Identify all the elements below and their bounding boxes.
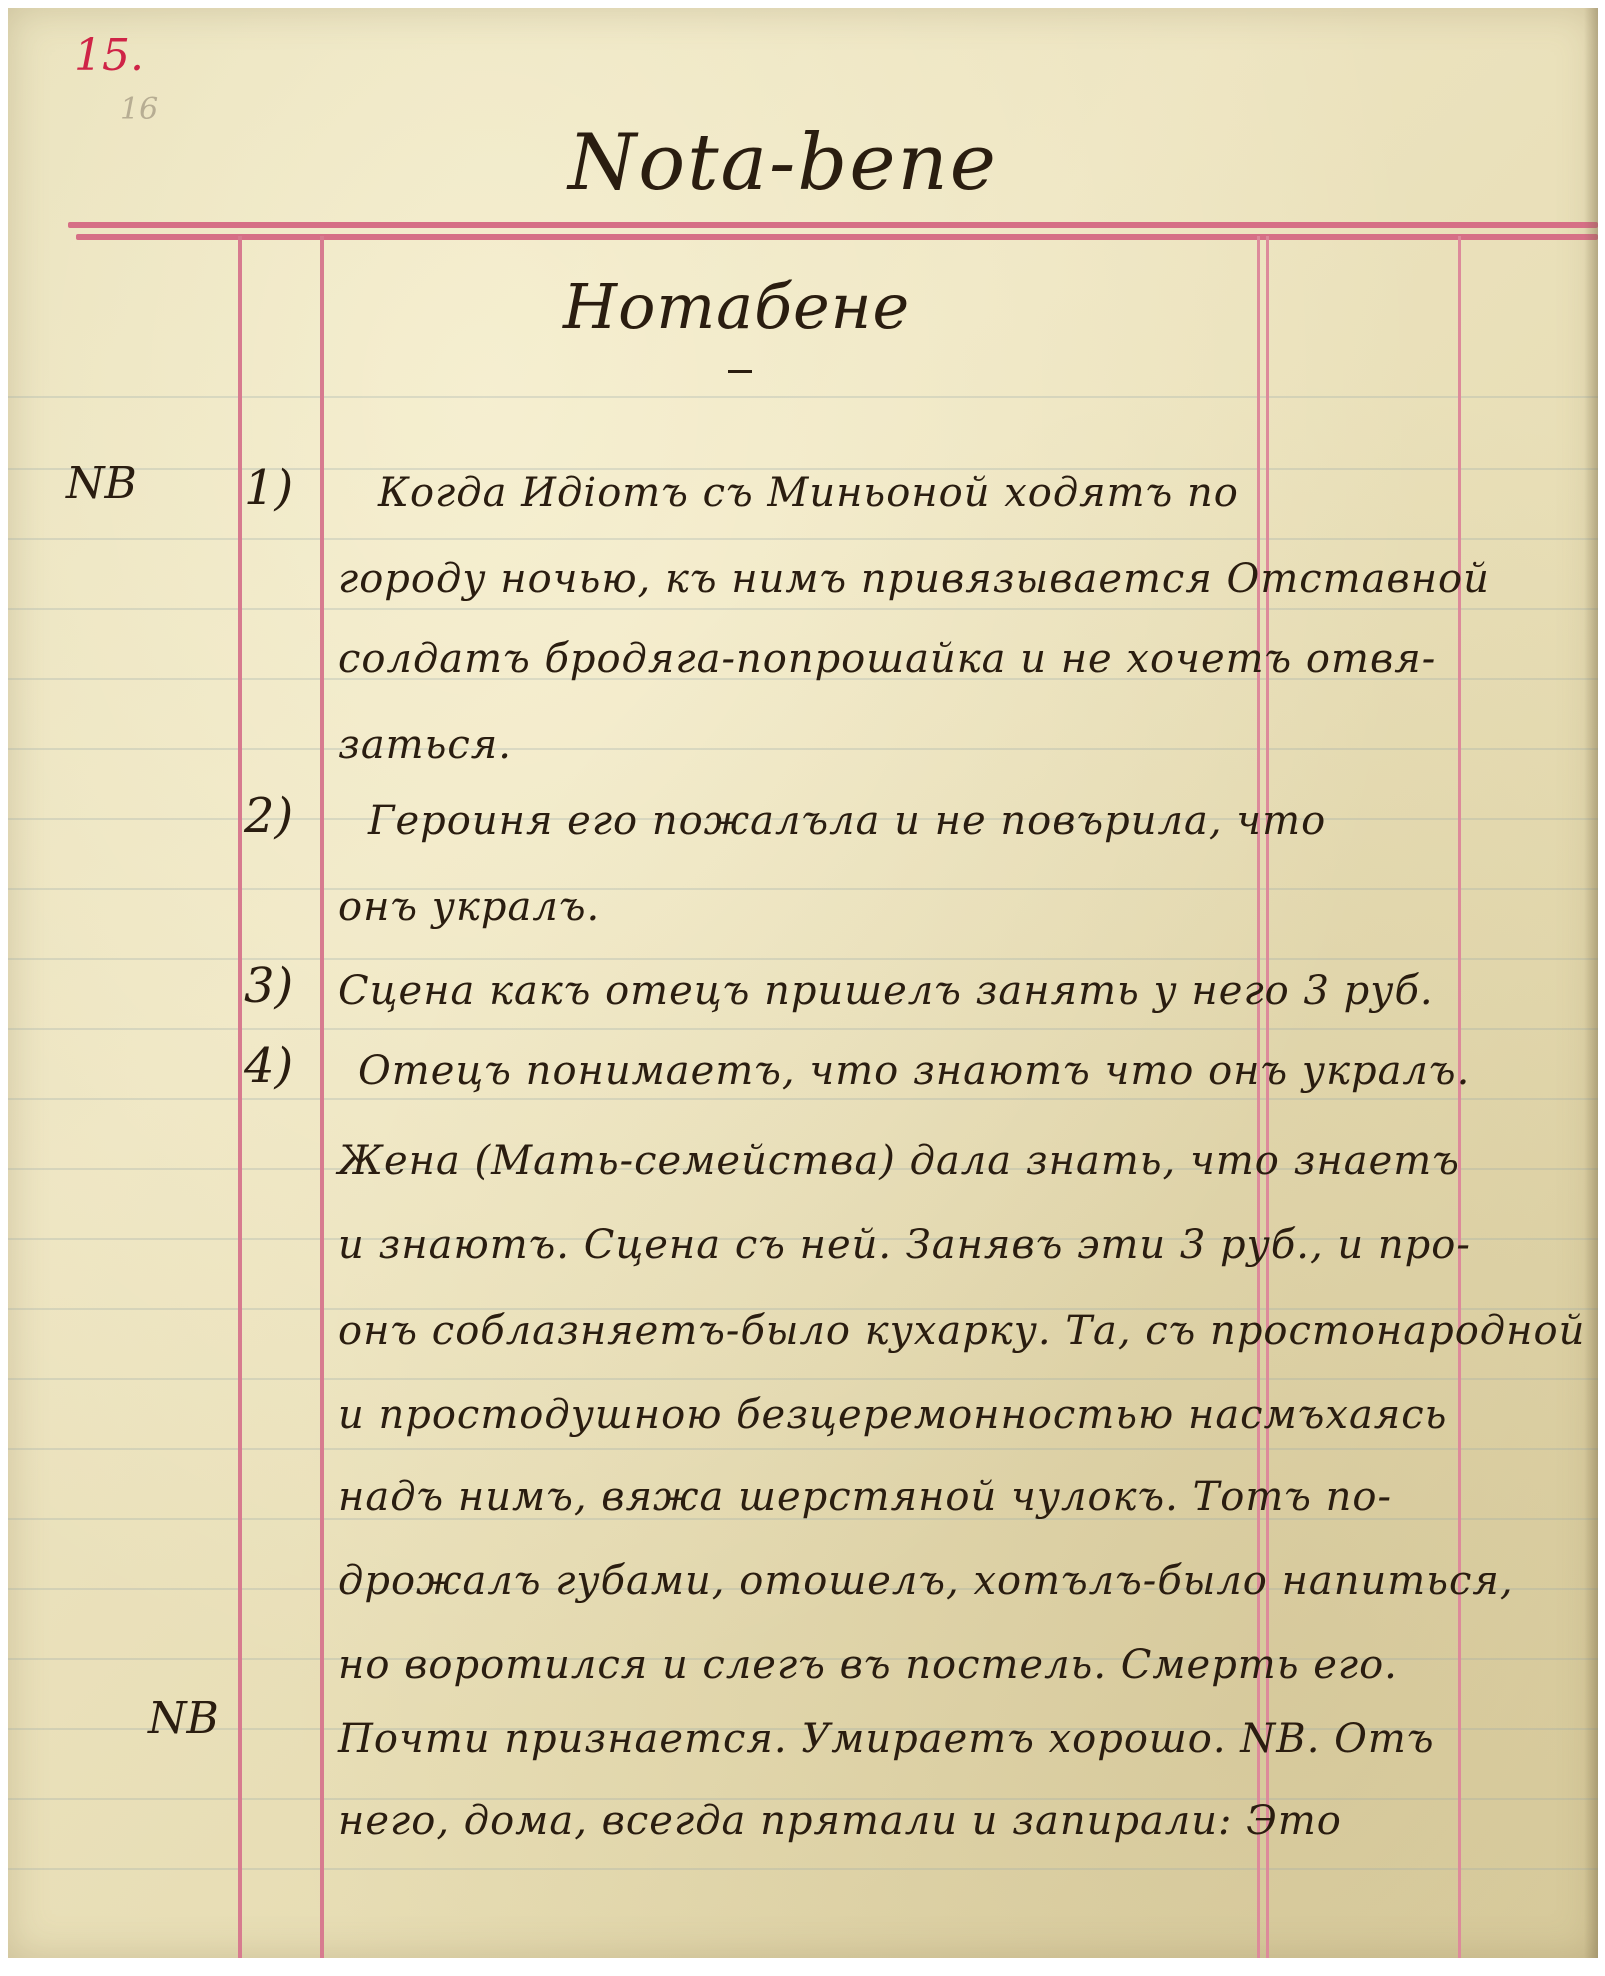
text-line: но воротился и слегъ въ постель. Смерть … bbox=[338, 1642, 1398, 1688]
ruled-line bbox=[8, 608, 1598, 610]
ruled-line bbox=[8, 748, 1598, 750]
item-number: 4) bbox=[244, 1038, 293, 1094]
text-line: Жена (Мать-семейства) дала знать, что зн… bbox=[338, 1138, 1460, 1184]
ruled-line bbox=[8, 396, 1598, 398]
title-underline-mark bbox=[728, 370, 752, 373]
title-cyrillic: Нотабене bbox=[563, 270, 910, 343]
text-line: Почти признается. Умираетъ хорошо. NB. О… bbox=[338, 1716, 1435, 1762]
column-rule-4 bbox=[1458, 236, 1461, 1958]
item-number: 1) bbox=[244, 460, 293, 516]
ruled-line bbox=[8, 1028, 1598, 1030]
text-line: солдатъ бродяга-попрошайка и не хочетъ о… bbox=[338, 636, 1436, 682]
text-line: Героиня его пожалъла и не повърила, что bbox=[368, 798, 1326, 844]
folio-pencil-number: 16 bbox=[120, 92, 158, 127]
manuscript-page: 15. 16 Nota-bene Нотабене NB NB 1) 2) 3)… bbox=[8, 8, 1598, 1958]
header-rule-top bbox=[68, 222, 1598, 228]
text-line: онъ укралъ. bbox=[338, 884, 600, 930]
ruled-line bbox=[8, 1448, 1598, 1450]
ruled-line bbox=[8, 888, 1598, 890]
text-line: заться. bbox=[338, 722, 512, 768]
text-line: онъ соблазняетъ-было кухарку. Та, съ про… bbox=[338, 1308, 1585, 1354]
ruled-line bbox=[8, 538, 1598, 540]
folio-number: 15. bbox=[74, 30, 144, 81]
column-rule-3b bbox=[1266, 236, 1269, 1958]
margin-rule-2 bbox=[320, 236, 324, 1958]
text-line: дрожалъ губами, отошелъ, хотълъ-было нап… bbox=[338, 1558, 1514, 1604]
text-line: Отецъ понимаетъ, что знаютъ что онъ укра… bbox=[358, 1048, 1470, 1094]
text-line: и простодушною безцеремонностью насмъхая… bbox=[338, 1392, 1447, 1438]
page-edge-shadow bbox=[1584, 8, 1598, 1958]
margin-mark-nb: NB bbox=[148, 1693, 219, 1744]
text-line: и знаютъ. Сцена съ ней. Занявъ эти 3 руб… bbox=[338, 1222, 1471, 1268]
text-line: Когда Идіотъ съ Миньоной ходятъ по bbox=[378, 470, 1239, 516]
item-number: 3) bbox=[244, 958, 293, 1014]
text-line: городу ночью, къ нимъ привязывается Отст… bbox=[338, 556, 1490, 602]
ruled-line bbox=[8, 1868, 1598, 1870]
item-number: 2) bbox=[244, 788, 293, 844]
text-line: него, дома, всегда прятали и запирали: Э… bbox=[338, 1798, 1342, 1844]
margin-rule-1 bbox=[238, 236, 242, 1958]
text-line: надъ нимъ, вяжа шерстяной чулокъ. Тотъ п… bbox=[338, 1474, 1392, 1520]
text-line: Сцена какъ отецъ пришелъ занять у него 3… bbox=[338, 968, 1434, 1014]
ruled-line bbox=[8, 1098, 1598, 1100]
header-rule-bottom bbox=[76, 234, 1598, 240]
margin-mark-nb: NB bbox=[66, 458, 137, 509]
ruled-line bbox=[8, 1378, 1598, 1380]
title-latin: Nota-bene bbox=[568, 118, 998, 208]
column-rule-3a bbox=[1257, 236, 1260, 1958]
